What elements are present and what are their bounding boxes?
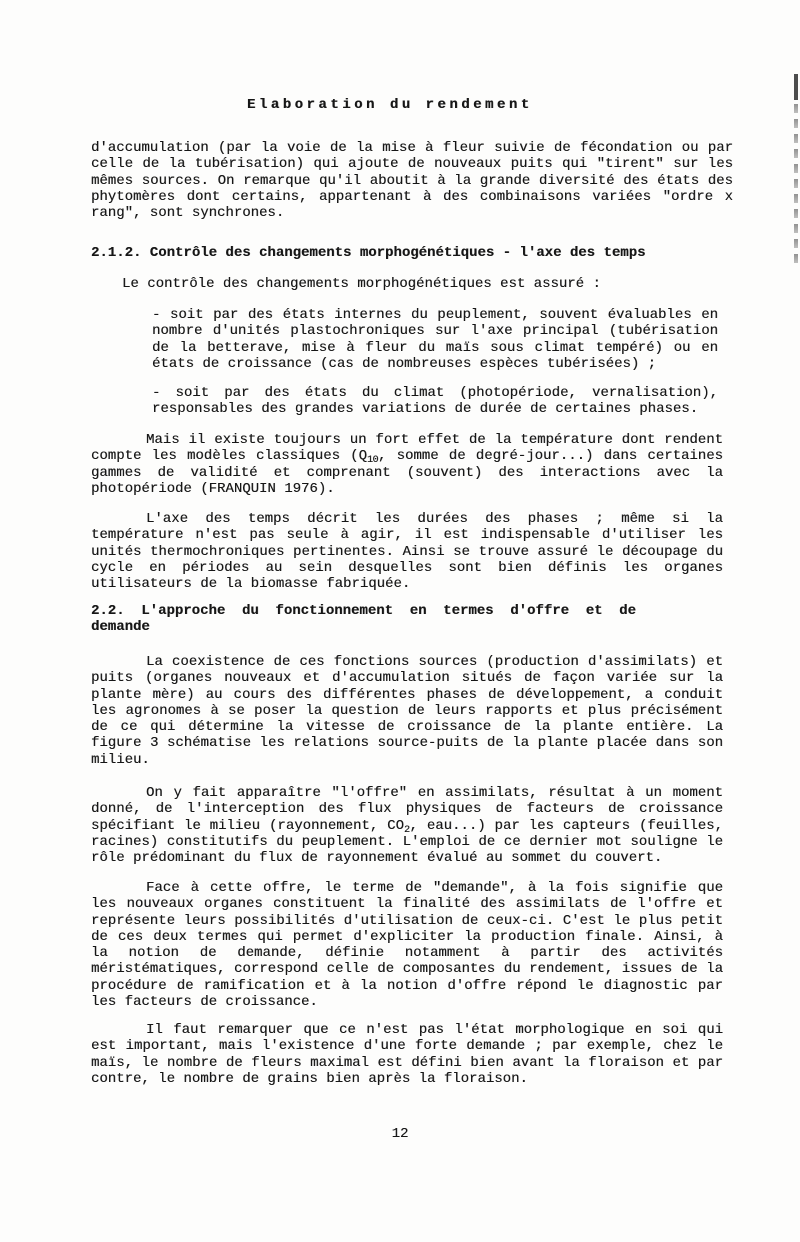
paragraph-temperature: Mais il existe toujours un fort effet de… — [91, 432, 723, 497]
paragraph-remarque-mais: Il faut remarquer que ce n'est pas l'éta… — [91, 1022, 723, 1087]
paragraph-offre: On y fait apparaître "l'offre" en assimi… — [91, 785, 723, 866]
section-heading-2-1-2: 2.1.2. Contrôle des changements morphogé… — [91, 245, 646, 261]
page-number: 12 — [0, 1126, 800, 1142]
scan-artifact-right-edge-top — [794, 74, 798, 100]
paragraph-axe-des-temps: L'axe des temps décrit les durées des ph… — [91, 511, 723, 592]
section-heading-2-2: 2.2. L'approche du fonctionnement en ter… — [91, 603, 636, 636]
scan-artifact-right-edge — [794, 74, 798, 269]
bullet-etats-climat: - soit par des états du climat (photopér… — [152, 385, 718, 418]
paragraph-demande: Face à cette offre, le terme de "demande… — [91, 880, 723, 1010]
paragraph-controle-intro: Le contrôle des changements morphogénéti… — [122, 276, 682, 292]
paragraph-coexistence: La coexistence de ces fonctions sources … — [91, 654, 723, 768]
paragraph-accumulation: d'accumulation (par la voie de la mise à… — [91, 140, 733, 221]
running-header: Elaboration du rendement — [247, 97, 533, 113]
bullet-etats-internes: - soit par des états internes du peuplem… — [152, 307, 718, 372]
document-page: Elaboration du rendement d'accumulation … — [0, 0, 800, 1242]
